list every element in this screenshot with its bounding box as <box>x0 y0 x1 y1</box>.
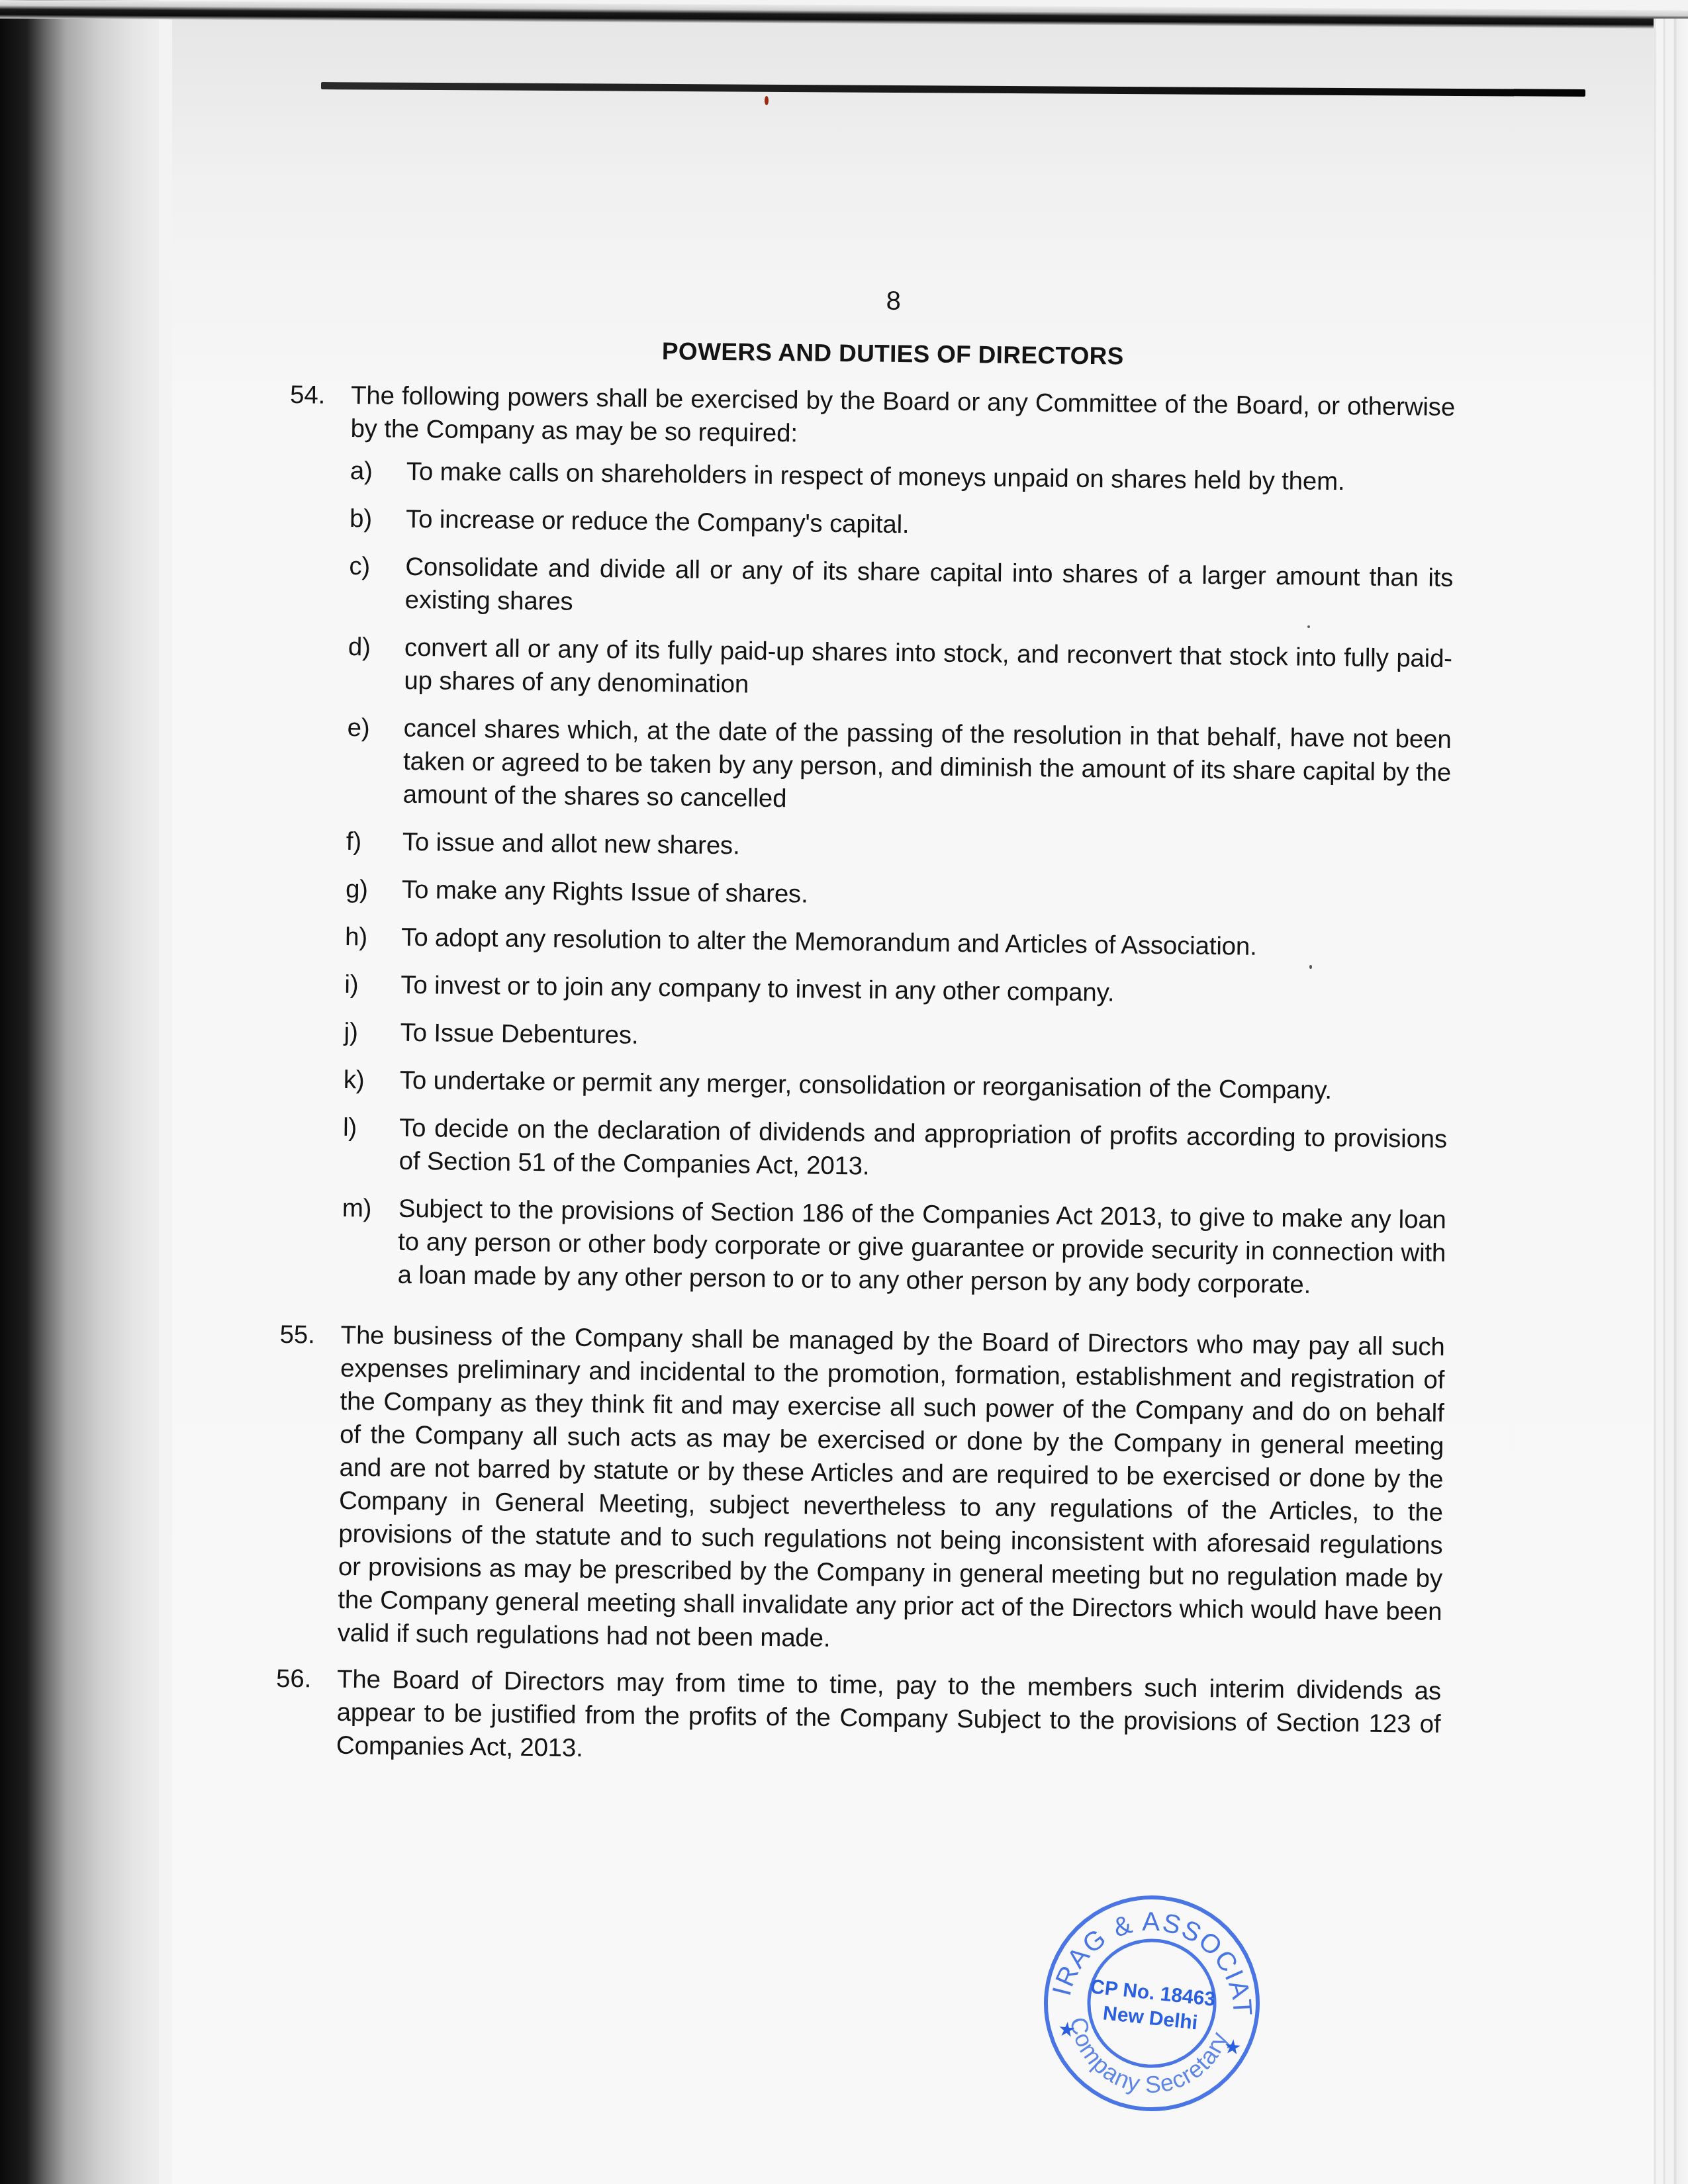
clause-number: 56. <box>275 1662 338 1762</box>
item-text: To Issue Debentures. <box>400 1017 1448 1061</box>
list-item: h)To adopt any resolution to alter the M… <box>345 921 1449 966</box>
list-item: c)Consolidate and divide all or any of i… <box>348 550 1453 628</box>
clause-54-items: a)To make calls on shareholders in respe… <box>341 455 1454 1303</box>
item-label: j) <box>344 1016 400 1050</box>
item-text: To undertake or permit any merger, conso… <box>400 1064 1448 1109</box>
item-label: b) <box>350 502 406 536</box>
clause-intro: The following powers shall be exercised … <box>350 379 1455 457</box>
list-item: a)To make calls on shareholders in respe… <box>350 455 1454 500</box>
section-heading: POWERS AND DUTIES OF DIRECTORS <box>291 331 1456 377</box>
item-text: cancel shares which, at the date of the … <box>402 712 1452 823</box>
clause-54: 54. The following powers shall be exerci… <box>280 379 1455 1318</box>
list-item: i)To invest or to join any company to in… <box>344 968 1448 1013</box>
stamp-center: CP No. 18463 New Delhi <box>1032 1884 1272 2124</box>
document-body: 8 POWERS AND DUTIES OF DIRECTORS 54. The… <box>275 278 1456 1788</box>
clause-number: 54. <box>280 379 351 1306</box>
list-item: e)cancel shares which, at the date of th… <box>346 711 1452 823</box>
clause-text: The Board of Directors may from time to … <box>336 1663 1442 1774</box>
scan-speck <box>765 96 769 105</box>
item-text: To make calls on shareholders in respect… <box>406 455 1454 500</box>
list-item: f)To issue and allot new shares. <box>346 825 1450 870</box>
list-item: j)To Issue Debentures. <box>344 1016 1448 1061</box>
item-label: c) <box>348 550 405 617</box>
list-item: m)Subject to the provisions of Section 1… <box>341 1192 1446 1303</box>
list-item: g)To make any Rights Issue of shares. <box>346 873 1450 918</box>
item-text: Subject to the provisions of Section 186… <box>397 1193 1446 1303</box>
item-label: d) <box>348 631 404 698</box>
clause-55: 55. The business of the Company shall be… <box>277 1318 1445 1662</box>
item-text: convert all or any of its fully paid-up … <box>404 631 1452 709</box>
item-label: i) <box>344 968 401 1002</box>
clause-56: 56. The Board of Directors may from time… <box>275 1662 1442 1774</box>
item-label: f) <box>346 825 403 859</box>
item-text: Consolidate and divide all or any of its… <box>404 551 1453 628</box>
list-item: d)convert all or any of its fully paid-u… <box>348 631 1452 709</box>
item-label: k) <box>344 1064 400 1097</box>
item-text: To increase or reduce the Company's capi… <box>406 503 1454 547</box>
clause-number: 55. <box>277 1318 341 1650</box>
item-text: To issue and allot new shares. <box>402 826 1450 870</box>
company-secretary-stamp: CHIRAG & ASSOCIATES Company Secretary ★ … <box>1032 1884 1272 2124</box>
item-label: g) <box>346 873 402 907</box>
list-item: k)To undertake or permit any merger, con… <box>344 1064 1448 1109</box>
clause-text: The business of the Company shall be man… <box>338 1319 1445 1662</box>
item-label: a) <box>350 455 407 488</box>
list-item: b)To increase or reduce the Company's ca… <box>350 502 1454 547</box>
item-text: To make any Rights Issue of shares. <box>402 874 1450 918</box>
list-item: l)To decide on the declaration of divide… <box>342 1111 1447 1189</box>
item-label: m) <box>341 1192 399 1292</box>
item-text: To invest or to join any company to inve… <box>400 969 1448 1013</box>
item-text: To adopt any resolution to alter the Mem… <box>401 921 1449 966</box>
item-label: l) <box>342 1111 399 1178</box>
page-stack-edge <box>1654 19 1688 2184</box>
scan-left-shadow <box>0 0 159 2184</box>
item-label: e) <box>346 711 404 811</box>
item-label: h) <box>345 921 402 954</box>
item-text: To decide on the declaration of dividend… <box>399 1112 1447 1189</box>
